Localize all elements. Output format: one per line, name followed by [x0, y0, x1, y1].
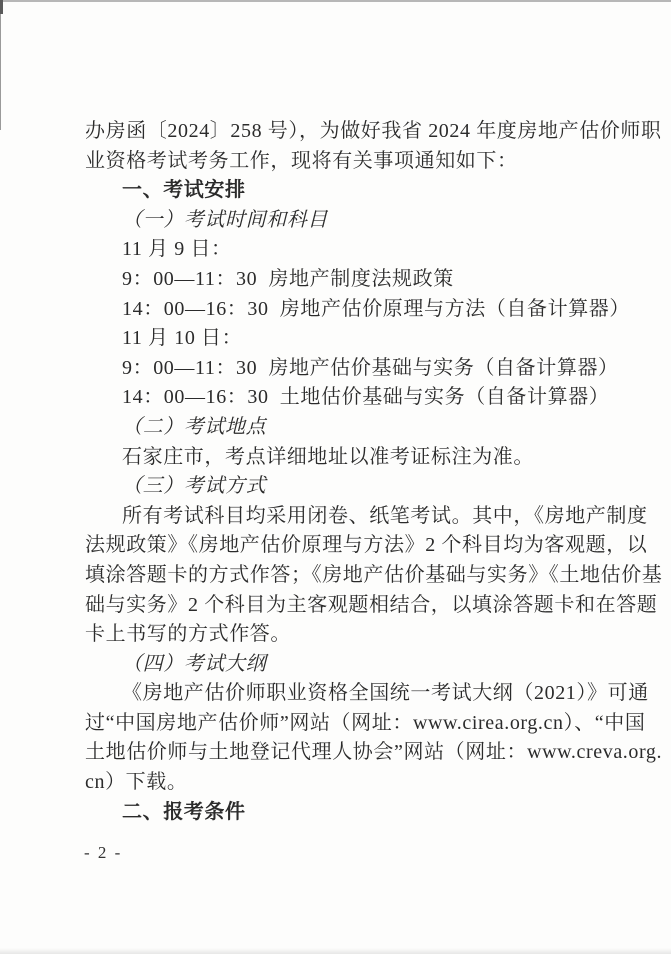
exam-schedule-line: 9：00—11：30 房地产制度法规政策	[85, 265, 607, 295]
subsection-heading: （三）考试方式	[85, 472, 607, 502]
exam-schedule-line: 9：00—11：30 房地产估价基础与实务（自备计算器）	[85, 354, 607, 384]
document-page: 办房函〔2024〕258 号），为做好我省 2024 年度房地产估价师职 业资格…	[0, 0, 671, 954]
page-number: - 2 -	[84, 841, 122, 865]
document-body: 办房函〔2024〕258 号），为做好我省 2024 年度房地产估价师职 业资格…	[85, 117, 607, 827]
body-line: 卡上书写的方式作答。	[85, 620, 607, 650]
body-line: 11 月 9 日：	[85, 235, 607, 265]
body-line: 办房函〔2024〕258 号），为做好我省 2024 年度房地产估价师职	[85, 117, 607, 147]
body-line: 填涂答题卡的方式作答；《房地产估价基础与实务》《土地估价基	[85, 561, 607, 591]
exam-schedule-line: 14：00—16：30 房地产估价原理与方法（自备计算器）	[85, 295, 607, 325]
section-heading: 二、报考条件	[85, 798, 607, 828]
body-line: 土地估价师与土地登记代理人协会”网站（网址：www.creva.org.	[85, 738, 607, 768]
subsection-heading: （二）考试地点	[85, 413, 607, 443]
scan-bottom-shade-artifact	[0, 948, 671, 954]
body-line: cn）下载。	[85, 768, 607, 798]
scan-corner-artifact	[0, 0, 3, 14]
body-line: 础与实务》2 个科目为主客观题相结合，以填涂答题卡和在答题	[85, 591, 607, 621]
body-line: 业资格考试考务工作，现将有关事项通知如下：	[85, 147, 607, 177]
section-heading: 一、考试安排	[85, 176, 607, 206]
body-line: 法规政策》《房地产估价原理与方法》2 个科目均为客观题，以	[85, 531, 607, 561]
body-line: 11 月 10 日：	[85, 324, 607, 354]
subsection-heading: （一）考试时间和科目	[85, 206, 607, 236]
exam-schedule-line: 14：00—16：30 土地估价基础与实务（自备计算器）	[85, 383, 607, 413]
scan-top-edge-artifact	[0, 0, 671, 2]
body-line: 石家庄市，考点详细地址以准考证标注为准。	[85, 443, 607, 473]
body-line: 《房地产估价师职业资格全国统一考试大纲（2021）》可通	[85, 679, 607, 709]
body-line: 过“中国房地产估价师”网站（网址：www.cirea.org.cn）、“中国	[85, 709, 607, 739]
scan-left-edge-artifact	[0, 0, 1, 130]
body-line: 所有考试科目均采用闭卷、纸笔考试。其中，《房地产制度	[85, 502, 607, 532]
subsection-heading: （四）考试大纲	[85, 650, 607, 680]
